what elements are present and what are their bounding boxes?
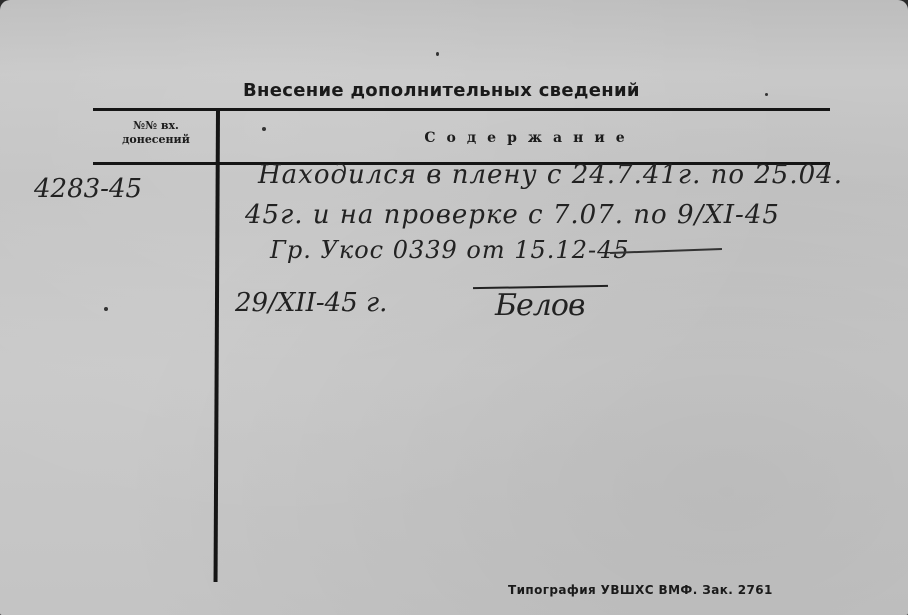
paper-speck <box>436 52 439 56</box>
handwritten-registration-number: 4283-45 <box>34 174 142 204</box>
column-header-report-number: №№ вх. донесений <box>100 119 212 147</box>
table-top-rule <box>93 108 830 111</box>
column-header-content: Содержание <box>230 130 830 146</box>
handwritten-content-line-3: Гр. Укос 0339 от 15.12-45 <box>270 236 630 264</box>
handwritten-content-line-2: 45г. и на проверке с 7.07. по 9/XI-45 <box>245 200 780 230</box>
handwritten-content-line-1: Находился в плену с 24.7.41г. по 25.04. <box>258 160 843 190</box>
paper-speck <box>765 93 768 96</box>
handwritten-date: 29/XII-45 г. <box>235 288 387 318</box>
printer-imprint: Типография УВШХС ВМФ. Зак. 2761 <box>508 583 773 597</box>
handwritten-signature: Белов <box>495 288 584 323</box>
paper-speck <box>262 127 266 131</box>
paper-speck <box>104 307 108 311</box>
form-title: Внесение дополнительных сведений <box>243 80 640 101</box>
table-column-divider <box>214 110 220 582</box>
registration-card: Внесение дополнительных сведений №№ вх. … <box>0 0 908 615</box>
